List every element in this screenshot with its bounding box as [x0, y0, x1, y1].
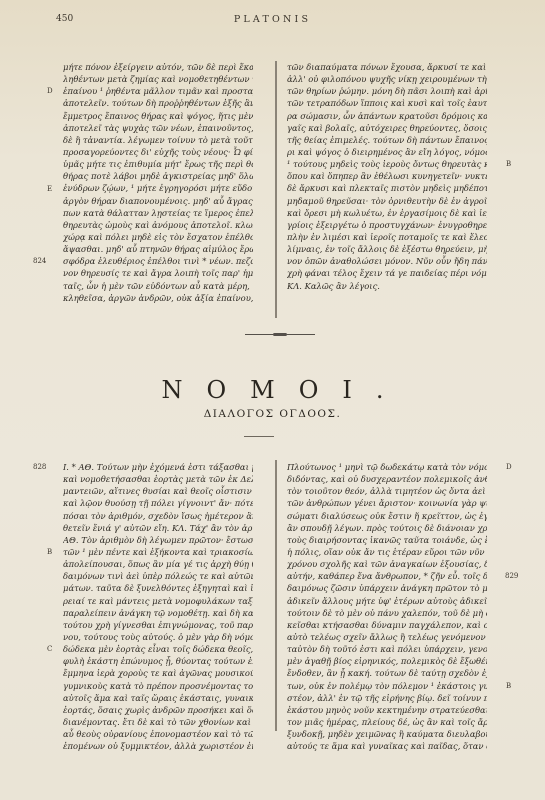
running-head: 450 PLATONIS: [0, 14, 545, 28]
text-line: πόσαι τὸν ἀριθμόν, σχεδὸν ἴσως ἡμέτερον …: [63, 510, 253, 522]
text-line: χρόνου σχολῆς καὶ τῶν ἀναγκαίων ἐξουσίας…: [287, 558, 487, 570]
margin-reference: B: [506, 682, 511, 690]
text-line: δαιμόνως ζῶσιν ὑπάρχειν ἀνάγκη πρῶτον τὸ…: [287, 582, 487, 594]
book-title: NOMOI.: [0, 376, 545, 404]
text-line: ἔνδοθεν, ἂν ᾖ κακή. τούτων δὲ ταύτῃ σχεδ…: [287, 667, 487, 679]
margin-reference: 829: [505, 572, 518, 580]
text-line: ἀποτελεῖ τὰς ψυχὰς τῶν νέων, ἐπαινοῦντος…: [63, 122, 253, 134]
text-line: καὶ ὄρεσι μὴ κωλυέτω, ἐν ἐργασίμοις δὲ κ…: [287, 207, 487, 219]
text-line: δώδεκα μὲν ἑορτὰς εἶναι τοῖς δώδεκα θεοῖ…: [63, 643, 253, 655]
margin-reference: D: [47, 87, 53, 95]
section-ornament: [245, 333, 315, 337]
bottom-left-column: I. * ΑΘ. Τούτων μὴν ἐχόμενά ἐστι τάξασθα…: [63, 461, 253, 752]
text-line: μήτε πόνον ἐξείργειν αὐτόν, τῶν δὲ περὶ …: [63, 61, 253, 73]
text-line: στέον, ἀλλ' ἐν τῷ τῆς εἰρήνης βίῳ. δεῖ τ…: [287, 692, 487, 704]
text-line: κεῖσθαι κτήσασθαι δύναμιν παγχάλεπον, κα…: [287, 619, 487, 631]
margin-reference: C: [47, 645, 52, 653]
text-line: των, οὐκ ἐν πολέμῳ τὸν πόλεμον ¹ ἑκάστοι…: [287, 680, 487, 692]
text-line: I. * ΑΘ. Τούτων μὴν ἐχόμενά ἐστι τάξασθα…: [63, 461, 253, 473]
header-rule: [244, 436, 274, 437]
text-line: φυλὴ ἑκάστη ἐπώνυμος ᾖ, θύοντας τούτων ἑ…: [63, 655, 253, 667]
text-line: αὐτούς τε ἅμα καὶ γυναῖκας καὶ παῖδας, ὅ…: [287, 740, 487, 752]
text-line: ρι καὶ ψόγος ὁ διειρημένος ἂν εἴη λόγος,…: [287, 146, 487, 158]
text-line: καὶ νομοθετήσασθαι ἑορτὰς μετὰ τῶν ἐκ Δε…: [63, 473, 253, 485]
text-line: τῆς θείας ἐπιμελές. τούτων δὴ πάντων ἔπα…: [287, 134, 487, 146]
text-line: ἀποτελεῖν. τούτων δὴ προῤῥηθέντων ἑξῆς ἂ…: [63, 97, 253, 109]
margin-reference: E: [47, 185, 52, 193]
text-line: καὶ λῷον θυούσῃ τῇ πόλει γίγνοιντ' ἄν· π…: [63, 497, 253, 509]
text-line: μάτων. ταῦτα δὲ ξυνελθόντες ἐξηγηταὶ καὶ…: [63, 582, 253, 594]
bottom-right-column: Πλούτωνος ¹ μηνὶ τῷ δωδεκάτῳ κατὰ τὸν νό…: [287, 461, 487, 752]
margin-reference: B: [47, 548, 52, 556]
text-line: τῶν θηρίων ῥώμην. μόνη δὴ πᾶσι λοιπὴ καὶ…: [287, 85, 487, 97]
text-line: ἂν σπουδῇ λέγων. πρὸς τούτοις δὲ διάνοια…: [287, 522, 487, 534]
text-line: αὐτοῖς ἅμα καὶ ταῖς ὥραις ἑκάσταις, γυνα…: [63, 692, 253, 704]
text-line: πων κατὰ θάλατταν λῃστείας τε ἵμερος ἐπε…: [63, 207, 253, 219]
text-line: προσαγορεύοντες δι' εὐχῆς τοὺς νέους· Ὦ …: [63, 146, 253, 158]
ornament-rule: [245, 334, 273, 335]
ornament-knot: [273, 333, 287, 336]
text-line: αὐτὸ τελέως σχεῖν ἄλλως ἢ τελέως γενόμεν…: [287, 631, 487, 643]
text-line: πλὴν ἐν λιμέσι καὶ ἱεροῖς ποταμοῖς τε κα…: [287, 231, 487, 243]
text-line: παραλείπειν ἀνάγκη τῷ νομοθέτῃ. καὶ δὴ κ…: [63, 607, 253, 619]
text-line: χρὴ φάναι τέλος ἔχειν τά γε παιδείας πέρ…: [287, 267, 487, 279]
text-line: θήρας ποτὲ λάβοι μηδὲ ἀγκιστρείας μηδ' ὅ…: [63, 170, 253, 182]
text-line: ληθέντων μετὰ ζημίας καὶ νομοθετηθέντων …: [63, 73, 253, 85]
text-line: ξυνδοκῇ, μηδὲν χειμῶνας ἢ καύματα διευλα…: [287, 728, 487, 740]
book-page: 450 PLATONIS μήτε πόνον ἐξείργειν αὐτόν,…: [0, 0, 545, 800]
text-line: τον μιᾶς ἡμέρας, πλείους δέ, ὡς ἂν καὶ τ…: [287, 716, 487, 728]
text-line: ὑμᾶς μήτε τις ἐπιθυμία μήτ' ἔρως τῆς περ…: [63, 158, 253, 170]
text-line: χώρᾳ καὶ πόλει μηδὲ εἰς τὸν ἔσχατον ἐπέλ…: [63, 231, 253, 243]
text-line: αὖ θεοὺς οὐρανίους ἐπονομαστέον καὶ τὸ τ…: [63, 728, 253, 740]
text-line: σώματι διαλύσεως οὐκ ἔστιν ἥ κρεῖττον, ὡ…: [287, 510, 487, 522]
text-line: ἀργὸν θήραν διαπονουμένοις. μηδ' αὖ ἄγρα…: [63, 195, 253, 207]
text-line: θετεῖν ἔνιά γ' αὐτῶν εἴη. ΚΛ. Τάχ' ἂν τὸ…: [63, 522, 253, 534]
text-line: ἑπομένων οὐ ξυμμικτέον, ἀλλὰ χωριστέον ἐ…: [63, 740, 253, 752]
top-right-column: τῶν διαπαύματα πόνων ἔχουσα, ἄρκυσί τε κ…: [287, 61, 487, 292]
text-line: τῶν τετραπόδων ἵπποις καὶ κυσὶ καὶ τοῖς …: [287, 97, 487, 109]
ornament-rule: [287, 334, 315, 335]
text-line: γρίοις ἐξειργέτω ὁ προστυγχάνων· ἐνυγροθ…: [287, 219, 487, 231]
text-line: τοὺς διαιρήσοντας ἱκανῶς ταῦτα τοιάνδε, …: [287, 534, 487, 546]
text-line: ΚΛ. Καλῶς ἂν λέγοις.: [287, 280, 487, 292]
margin-reference: 824: [33, 257, 46, 265]
top-left-column: μήτε πόνον ἐξείργειν αὐτόν, τῶν δὲ περὶ …: [63, 61, 253, 304]
text-line: ὅπου καὶ ὅπηπερ ἂν ἐθέλωσι κυνηγετεῖν· ν…: [287, 170, 487, 182]
text-line: ¹ τούτους μηδεὶς τοὺς ἱεροὺς ὄντως θηρευ…: [287, 158, 487, 170]
text-line: δὲ ἄρκυσι καὶ πλεκταῖς πιστὸν μηδεὶς μηδ…: [287, 182, 487, 194]
margin-reference: B: [506, 160, 511, 168]
text-line: ρα σώμασιν, ὧν ἁπάντων κρατοῦσι δρόμοις …: [287, 110, 487, 122]
text-line: ἅψασθαι. μηδ' αὖ πτηνῶν θήρας αἱμύλος ἔρ…: [63, 243, 253, 255]
text-line: ἐνύδρων ζῴων, ¹ μήτε ἐγρηγορόσι μήτε εὕδ…: [63, 182, 253, 194]
text-line: τῶν ἀνθρώπων γένει ἄριστον· κοινωνία γὰρ…: [287, 497, 487, 509]
text-line: τῶν διαπαύματα πόνων ἔχουσα, ἄρκυσί τε κ…: [287, 61, 487, 73]
text-line: ἐπαίνου ¹ ῥηθέντα μᾶλλον τιμᾶν καὶ προστ…: [63, 85, 253, 97]
text-line: τῶν ¹ μὲν πέντε καὶ ἑξήκοντα καὶ τριακοσ…: [63, 546, 253, 558]
text-line: ἀπολείπουσαι, ὅπως ἂν μία γέ τις ἀρχὴ θύ…: [63, 558, 253, 570]
text-line: τούτοιν δὲ τὸ μὲν οὐ πάνυ χαλεπόν, τοῦ δ…: [287, 607, 487, 619]
text-line: ἔμμηνα ἱερὰ χοροὺς τε καὶ ἀγῶνας μουσικο…: [63, 667, 253, 679]
text-line: νον θηρευσίς τε καὶ ἄγρα λοιπὴ τοῖς παρ'…: [63, 267, 253, 279]
text-line: διανέμοντας. ἔτι δὲ καὶ τὸ τῶν χθονίων κ…: [63, 716, 253, 728]
text-line: αὐτήν, καθάπερ ἕνα ἄνθρωπον, * ζῆν εὖ. τ…: [287, 570, 487, 582]
text-line: διδόντας, καὶ οὐ δυσχεραντέον πολεμικοῖς…: [287, 473, 487, 485]
text-line: κληθεῖσα, ἀργῶν ἀνδρῶν, οὐκ ἀξία ἐπαίνου…: [63, 292, 253, 304]
text-line: ἡ πόλις, οἵαν οὐκ ἄν τις ἑτέραν εὕροι τῶ…: [287, 546, 487, 558]
text-line: δαιμόνων τινὶ ἀεὶ ὑπὲρ πόλεώς τε καὶ αὐτ…: [63, 570, 253, 582]
text-line: ἀδικεῖν ἄλλους μήτε ὑφ' ἑτέρων αὐτοὺς ἀδ…: [287, 595, 487, 607]
text-line: δὲ ἢ τἀναντία. λέγωμεν τοίνυν τὸ μετὰ το…: [63, 134, 253, 146]
text-line: ἔμμετρος ἔπαινος θήρας καὶ ψόγος, ἥτις μ…: [63, 110, 253, 122]
text-line: ἑκάστου μηνὸς νοῦν κεκτημένην στρατεύεσθ…: [287, 704, 487, 716]
text-line: τὸν τοιοῦτον θεόν, ἀλλὰ τιμητέον ὡς ὄντα…: [287, 485, 487, 497]
text-line: ταὐτὸν δὴ τοῦτό ἐστι καὶ πόλει ὑπάρχειν,…: [287, 643, 487, 655]
column-divider: [275, 61, 277, 318]
text-line: Πλούτωνος ¹ μηνὶ τῷ δωδεκάτῳ κατὰ τὸν νό…: [287, 461, 487, 473]
margin-reference: D: [506, 463, 512, 471]
text-line: μαντειῶν, αἵτινες θυσίαι καὶ θεοῖς οἷστι…: [63, 485, 253, 497]
text-line: θηρευτὰς ὠμοὺς καὶ ἀνόμους ἀποτελοῖ. κλω…: [63, 219, 253, 231]
text-line: μὲν ἀγαθῇ βίος εἰρηνικός, πολεμικὸς δὲ ἔ…: [287, 655, 487, 667]
text-line: γυμνικοὺς κατὰ τὸ πρέπον προσνέμοντας το…: [63, 680, 253, 692]
text-line: ρειαί τε καὶ μάντεις μετὰ νομοφυλάκων τα…: [63, 595, 253, 607]
text-line: ἀλλ' οὐ φιλοπόνου ψυχῆς νίκῃ χειρουμένων…: [287, 73, 487, 85]
text-line: νου, τούτους τοὺς αὐτούς. ὁ μὲν γὰρ δὴ ν…: [63, 631, 253, 643]
text-line: νον ὀπῶν ἀναθολώσει μόνον. Νῦν οὖν ἤδη π…: [287, 255, 487, 267]
text-line: ΑΘ. Τὸν ἀριθμὸν δὴ λέγωμεν πρῶτον· ἔστωσ…: [63, 534, 253, 546]
text-line: ἑορτάς, ὅσαις χωρὶς ἀνδρῶν προσήκει καὶ …: [63, 704, 253, 716]
margin-reference: 828: [33, 463, 46, 471]
text-line: λίμναις, ἐν τοῖς ἄλλοις δὲ ἐξέστω θηρεύε…: [287, 243, 487, 255]
running-title: PLATONIS: [0, 14, 545, 25]
text-line: μηδαμοῦ θηρεῦσαι· τὸν ὀρνιθευτὴν δὲ ἐν ἀ…: [287, 195, 487, 207]
text-line: γαῖς καὶ βολαῖς, αὐτόχειρες θηρεύοντες, …: [287, 122, 487, 134]
column-divider: [275, 460, 277, 731]
text-line: τούτου χρὴ γίγνεσθαι ἐπιγνώμονας, τοῦ πα…: [63, 619, 253, 631]
book-subtitle: ΔΙΑΛΟΓΟΣ ΟΓΔΟΟΣ.: [0, 408, 545, 420]
text-line: σφόδρα ἐλευθέριος ἐπέλθοι τινὶ * νέων. π…: [63, 255, 253, 267]
text-line: ταῖς, ὧν ἡ μὲν τῶν εὑδόντων αὖ κατὰ μέρη…: [63, 280, 253, 292]
